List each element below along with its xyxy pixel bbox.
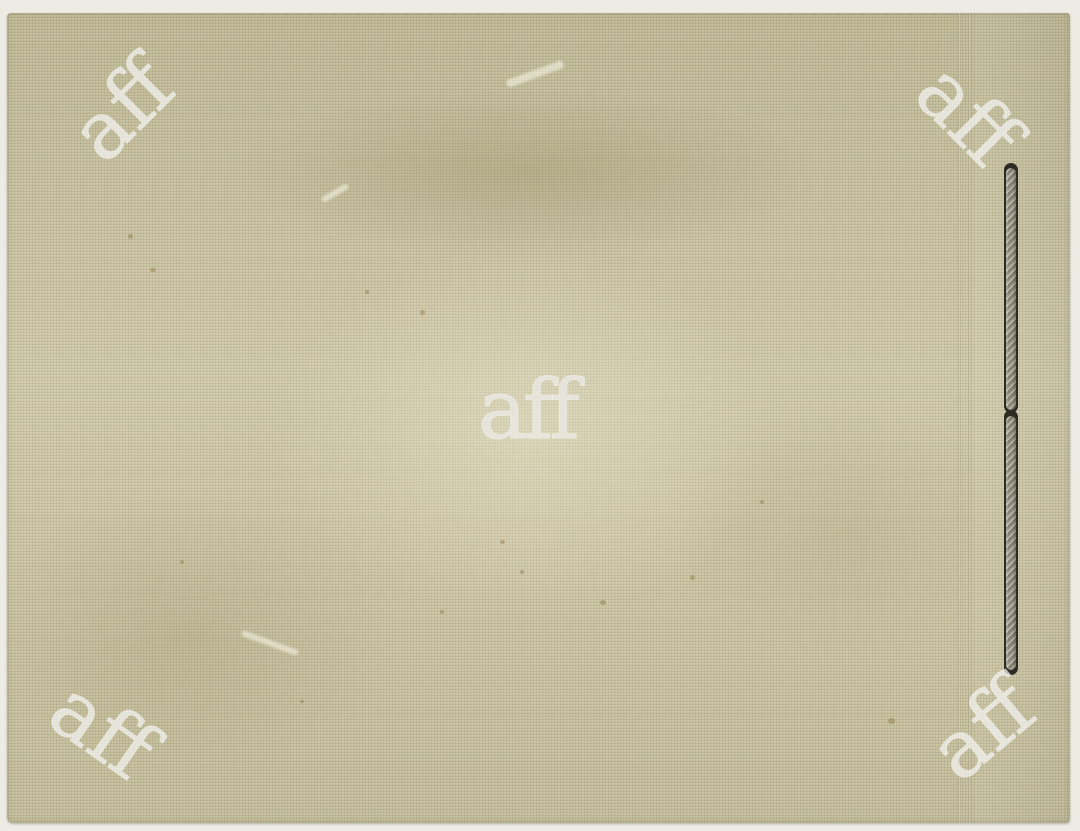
binding-cord-upper (1006, 168, 1016, 410)
stain-spot (500, 540, 505, 544)
stain-spot (128, 234, 133, 239)
stain-spot (600, 600, 606, 605)
stain-spot (760, 500, 764, 504)
stain-spot (180, 560, 184, 564)
hinge-line-right (968, 13, 971, 823)
stain-spot (300, 700, 304, 703)
binding-cord-lower (1006, 416, 1016, 670)
album-cover (7, 13, 1070, 823)
stain-spot (365, 290, 369, 294)
stain-spot (420, 310, 425, 315)
stain-spot (150, 268, 156, 272)
stain-spot (520, 570, 524, 574)
stain-spot (888, 718, 895, 724)
hinge-line-left (958, 13, 961, 823)
spine-panel (975, 13, 1070, 823)
stain-spot (440, 610, 444, 614)
photo-scene: aff aff aff aff aff (0, 0, 1080, 831)
stain-spot (690, 575, 695, 580)
